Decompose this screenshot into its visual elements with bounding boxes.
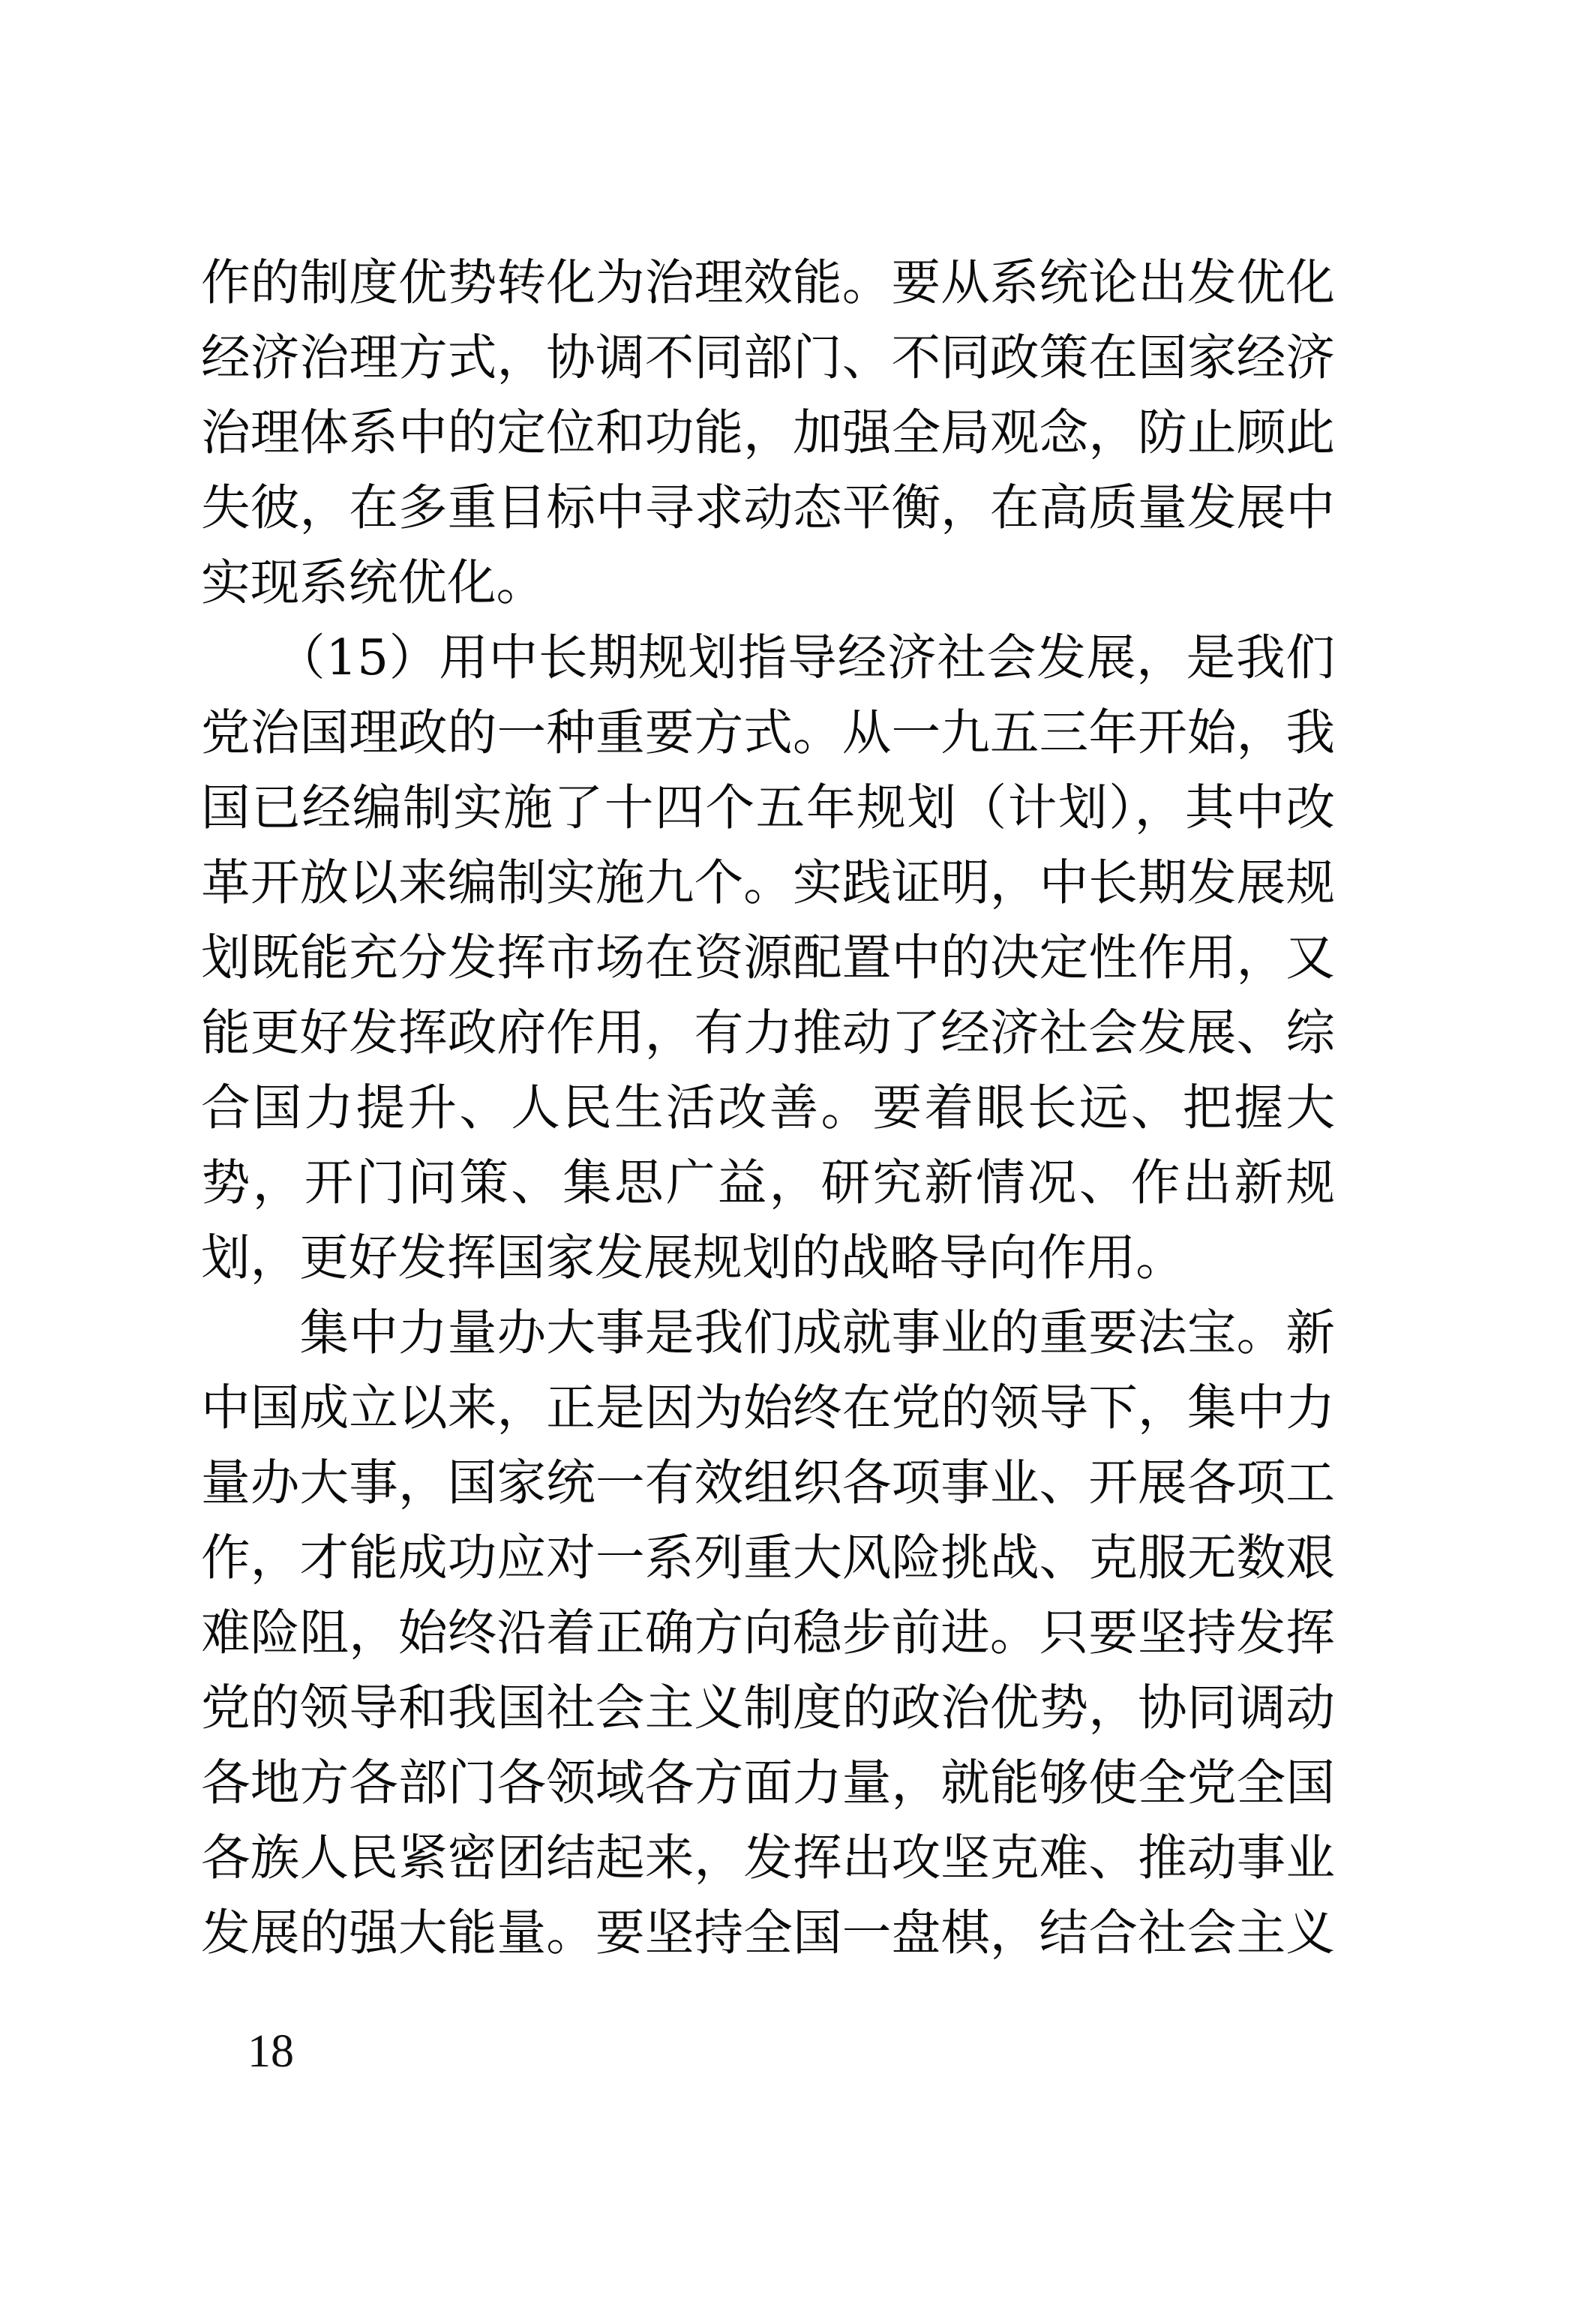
text-line: 党的领导和我国社会主义制度的政治优势，协同调动 bbox=[201, 1670, 1335, 1745]
text-line-content: 各族人民紧密团结起来，发挥出攻坚克难、推动事业 bbox=[201, 1820, 1335, 1895]
book-page: 作的制度优势转化为治理效能。要从系统论出发优化 经济治理方式，协调不同部门、不同… bbox=[0, 0, 1596, 2299]
text-line: 中国成立以来，正是因为始终在党的领导下，集中力 bbox=[201, 1370, 1335, 1445]
text-line: 失彼，在多重目标中寻求动态平衡，在高质量发展中 bbox=[201, 470, 1335, 545]
text-line-content: 能更好发挥政府作用，有力推动了经济社会发展、综 bbox=[201, 995, 1335, 1070]
text-line: 党治国理政的一种重要方式。从一九五三年开始，我 bbox=[201, 695, 1335, 770]
text-line-content: 治理体系中的定位和功能，加强全局观念，防止顾此 bbox=[201, 395, 1335, 470]
text-line: 难险阻，始终沿着正确方向稳步前进。只要坚持发挥 bbox=[201, 1595, 1335, 1670]
text-line: 量办大事，国家统一有效组织各项事业、开展各项工 bbox=[201, 1445, 1335, 1520]
text-line: 合国力提升、人民生活改善。要着眼长远、把握大 bbox=[201, 1070, 1335, 1145]
text-line-content: 经济治理方式，协调不同部门、不同政策在国家经济 bbox=[201, 320, 1335, 395]
text-line: 能更好发挥政府作用，有力推动了经济社会发展、综 bbox=[201, 995, 1335, 1070]
text-line-content: 划，更好发挥国家发展规划的战略导向作用。 bbox=[201, 1220, 1335, 1295]
text-line-content: 集中力量办大事是我们成就事业的重要法宝。新 bbox=[201, 1295, 1335, 1370]
text-line: 发展的强大能量。要坚持全国一盘棋，结合社会主义 bbox=[201, 1895, 1335, 1970]
text-line-content: 发展的强大能量。要坚持全国一盘棋，结合社会主义 bbox=[201, 1895, 1335, 1970]
text-line: （15）用中长期规划指导经济社会发展，是我们 bbox=[201, 620, 1335, 695]
text-line-content: 实现系统优化。 bbox=[201, 545, 1335, 620]
text-line-content: 国已经编制实施了十四个五年规划（计划），其中改 bbox=[201, 770, 1335, 845]
text-line: 集中力量办大事是我们成就事业的重要法宝。新 bbox=[201, 1295, 1335, 1370]
page-number: 18 bbox=[247, 2025, 294, 2078]
text-line: 划，更好发挥国家发展规划的战略导向作用。 bbox=[201, 1220, 1335, 1295]
text-line: 各地方各部门各领域各方面力量，就能够使全党全国 bbox=[201, 1745, 1335, 1820]
text-line: 势，开门问策、集思广益，研究新情况、作出新规 bbox=[201, 1145, 1335, 1220]
text-line: 治理体系中的定位和功能，加强全局观念，防止顾此 bbox=[201, 395, 1335, 470]
text-line-content: 量办大事，国家统一有效组织各项事业、开展各项工 bbox=[201, 1445, 1335, 1520]
text-line-content: 作，才能成功应对一系列重大风险挑战、克服无数艰 bbox=[201, 1520, 1335, 1595]
text-line-content: 势，开门问策、集思广益，研究新情况、作出新规 bbox=[201, 1145, 1335, 1220]
text-line: 划既能充分发挥市场在资源配置中的决定性作用，又 bbox=[201, 920, 1335, 995]
text-line-content: 党治国理政的一种重要方式。从一九五三年开始，我 bbox=[201, 695, 1335, 770]
text-line: 作的制度优势转化为治理效能。要从系统论出发优化 bbox=[201, 245, 1335, 320]
text-line-content: 作的制度优势转化为治理效能。要从系统论出发优化 bbox=[201, 245, 1335, 320]
text-line-content: 难险阻，始终沿着正确方向稳步前进。只要坚持发挥 bbox=[201, 1595, 1335, 1670]
body-text: 作的制度优势转化为治理效能。要从系统论出发优化 经济治理方式，协调不同部门、不同… bbox=[201, 245, 1335, 1970]
text-line: 国已经编制实施了十四个五年规划（计划），其中改 bbox=[201, 770, 1335, 845]
text-line-content: 失彼，在多重目标中寻求动态平衡，在高质量发展中 bbox=[201, 470, 1335, 545]
text-line-content: 合国力提升、人民生活改善。要着眼长远、把握大 bbox=[201, 1070, 1335, 1145]
text-line-content: 各地方各部门各领域各方面力量，就能够使全党全国 bbox=[201, 1745, 1335, 1820]
text-line: 革开放以来编制实施九个。实践证明，中长期发展规 bbox=[201, 845, 1335, 920]
text-line: 经济治理方式，协调不同部门、不同政策在国家经济 bbox=[201, 320, 1335, 395]
text-line-content: 党的领导和我国社会主义制度的政治优势，协同调动 bbox=[201, 1670, 1335, 1745]
text-line-content: （15）用中长期规划指导经济社会发展，是我们 bbox=[201, 620, 1335, 695]
text-line: 各族人民紧密团结起来，发挥出攻坚克难、推动事业 bbox=[201, 1820, 1335, 1895]
text-line-content: 划既能充分发挥市场在资源配置中的决定性作用，又 bbox=[201, 920, 1335, 995]
text-line-content: 中国成立以来，正是因为始终在党的领导下，集中力 bbox=[201, 1370, 1335, 1445]
text-line: 实现系统优化。 bbox=[201, 545, 1335, 620]
text-line-content: 革开放以来编制实施九个。实践证明，中长期发展规 bbox=[201, 845, 1335, 920]
text-line: 作，才能成功应对一系列重大风险挑战、克服无数艰 bbox=[201, 1520, 1335, 1595]
